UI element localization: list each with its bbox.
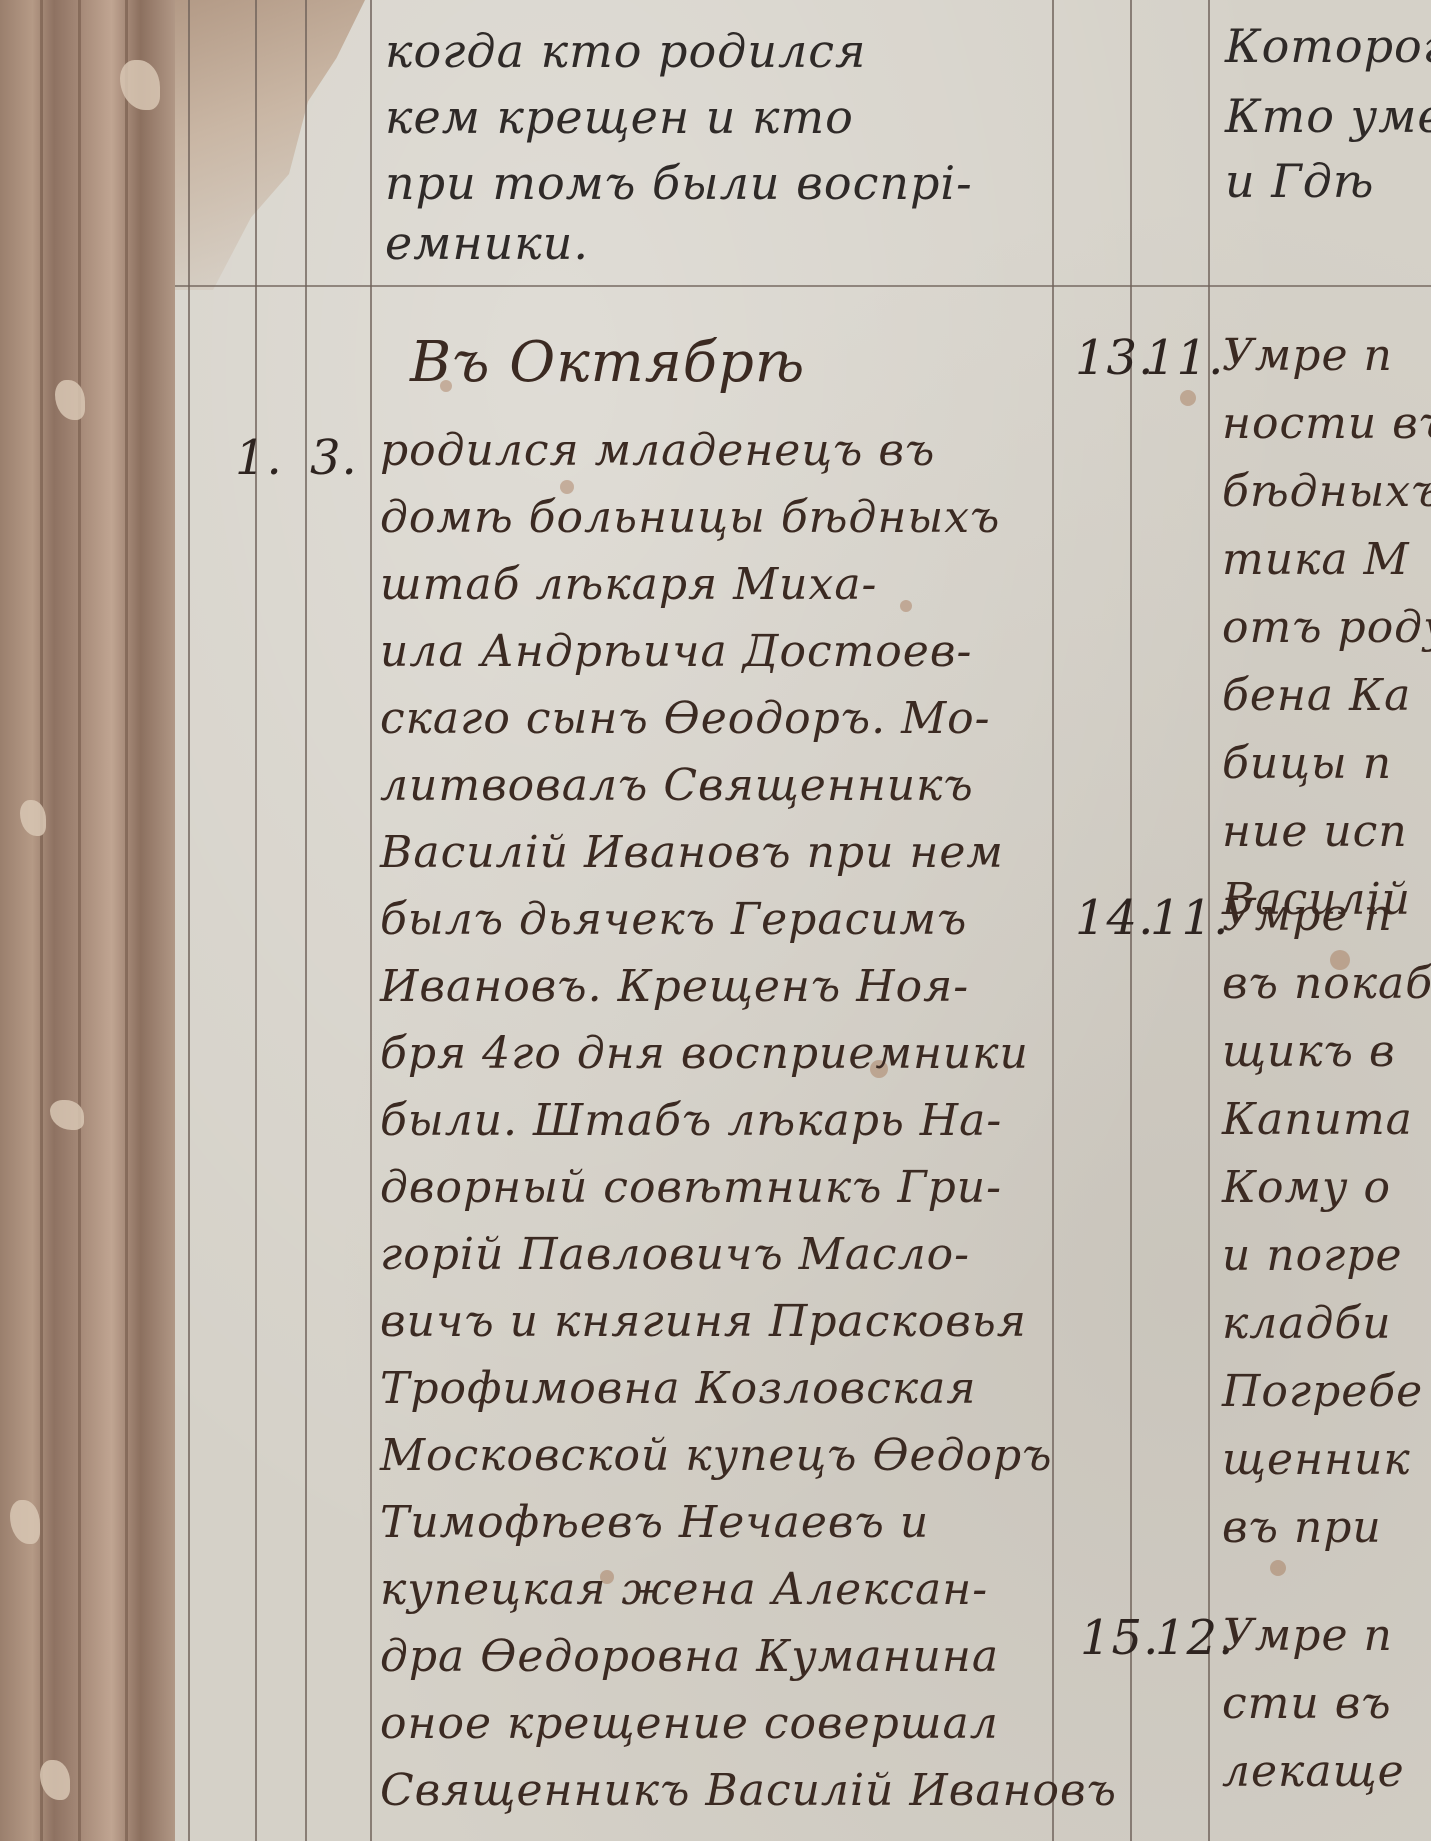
- death-entry-line: тика М: [1222, 534, 1410, 585]
- paper-flake: [55, 380, 85, 420]
- entry-day: 3.: [310, 430, 358, 486]
- death-entry-line: Кому о: [1222, 1162, 1391, 1213]
- ink-stain: [1180, 390, 1196, 406]
- ink-stain: [900, 600, 912, 612]
- ink-stain: [1270, 1560, 1286, 1576]
- death-entry-line: въ покаб: [1222, 958, 1431, 1009]
- left-header-line: кем крещен и кто: [385, 86, 854, 148]
- entry-line: горій Павловичъ Масло-: [380, 1229, 970, 1280]
- death-entry-number: 13.: [1075, 330, 1154, 386]
- month-heading: Въ Октябрѣ: [410, 330, 805, 395]
- death-entry-line: ние исп: [1222, 806, 1408, 857]
- death-entry-line: Умре п: [1222, 890, 1393, 941]
- death-entry-line: Капита: [1222, 1094, 1413, 1145]
- entry-line: Василій Ивановъ при нем: [380, 827, 1004, 878]
- death-entry-line: и погре: [1222, 1230, 1403, 1281]
- entry-line: купецкая жена Алексан-: [380, 1564, 988, 1615]
- entry-line: Трофимовна Козловская: [380, 1363, 977, 1414]
- paper-flake: [20, 800, 46, 836]
- death-entry-day: 11.: [1145, 330, 1224, 386]
- book-spine: [0, 0, 180, 1841]
- death-entry-line: отъ роду: [1222, 602, 1431, 653]
- death-entry-line: бѣдныхъ: [1222, 466, 1431, 517]
- death-entry-line: бена Ка: [1222, 670, 1411, 721]
- entry-line: штаб лѣкаря Миха-: [380, 559, 877, 610]
- entry-line: литвовалъ Священникъ: [380, 760, 974, 811]
- entry-line: домѣ больницы бѣдныхъ: [380, 492, 1000, 543]
- left-header-line: при томъ были воспрі-: [385, 152, 973, 214]
- entry-line: Московской купецъ Ѳедоръ: [380, 1430, 1052, 1481]
- paper-flake: [40, 1760, 70, 1800]
- entry-line: ила Андрѣича Достоев-: [380, 626, 972, 677]
- death-entry-line: Погребе: [1222, 1366, 1423, 1417]
- spine-crease: [125, 0, 128, 1841]
- entry-line: скаго сынъ Ѳеодоръ. Мо-: [380, 693, 991, 744]
- spine-crease: [78, 0, 81, 1841]
- entry-line: родился младенецъ въ: [380, 425, 935, 476]
- spine-crease: [40, 0, 43, 1841]
- entry-line: вичъ и княгиня Прасковья: [380, 1296, 1027, 1347]
- rule-line: [370, 0, 372, 1841]
- death-entry-line: кладби: [1222, 1298, 1392, 1349]
- death-entry-day: 11.: [1150, 890, 1229, 946]
- rule-line: [305, 0, 307, 1841]
- death-entry-line: бицы п: [1222, 738, 1392, 789]
- death-entry-line: ности въ: [1222, 398, 1431, 449]
- death-entry-number: 14.: [1075, 890, 1154, 946]
- right-header-line: Которого: [1225, 15, 1431, 77]
- entry-line: были. Штабъ лѣкарь На-: [380, 1095, 1002, 1146]
- paper-flake: [10, 1500, 40, 1544]
- entry-line: бря 4го дня восприемники: [380, 1028, 1029, 1079]
- death-entry-line: щикъ в: [1222, 1026, 1396, 1077]
- entry-line: дворный совѣтникъ Гри-: [380, 1162, 1002, 1213]
- entry-number: 1.: [235, 430, 283, 486]
- entry-line: былъ дьячекъ Герасимъ: [380, 894, 967, 945]
- death-entry-line: въ при: [1222, 1502, 1382, 1553]
- death-entry-line: Умре п: [1222, 1610, 1393, 1661]
- rule-line: [255, 0, 257, 1841]
- entry-line: Тимофѣевъ Нечаевъ и: [380, 1497, 929, 1548]
- death-entry-number: 15.: [1080, 1610, 1159, 1666]
- death-entry-line: сти въ: [1222, 1678, 1392, 1729]
- rule-line: [1052, 0, 1054, 1841]
- death-entry-line: лекаще: [1222, 1746, 1405, 1797]
- entry-line: Ивановъ. Крещенъ Ноя-: [380, 961, 969, 1012]
- left-header-line: когда кто родился: [385, 20, 866, 82]
- entry-line: оное крещение совершал: [380, 1698, 999, 1749]
- header-rule: [175, 285, 1431, 287]
- paper-flake: [50, 1100, 84, 1130]
- entry-line: дра Ѳедоровна Куманина: [380, 1631, 999, 1682]
- right-header-line: и Гдѣ: [1225, 150, 1374, 212]
- entry-line: Священникъ Василій Ивановъ: [380, 1765, 1117, 1816]
- death-entry-line: Умре п: [1222, 330, 1393, 381]
- death-entry-line: щенник: [1222, 1434, 1411, 1485]
- right-header-line: Кто умеръ: [1225, 85, 1431, 147]
- left-header-line: емники.: [385, 212, 589, 274]
- rule-line: [188, 0, 190, 1841]
